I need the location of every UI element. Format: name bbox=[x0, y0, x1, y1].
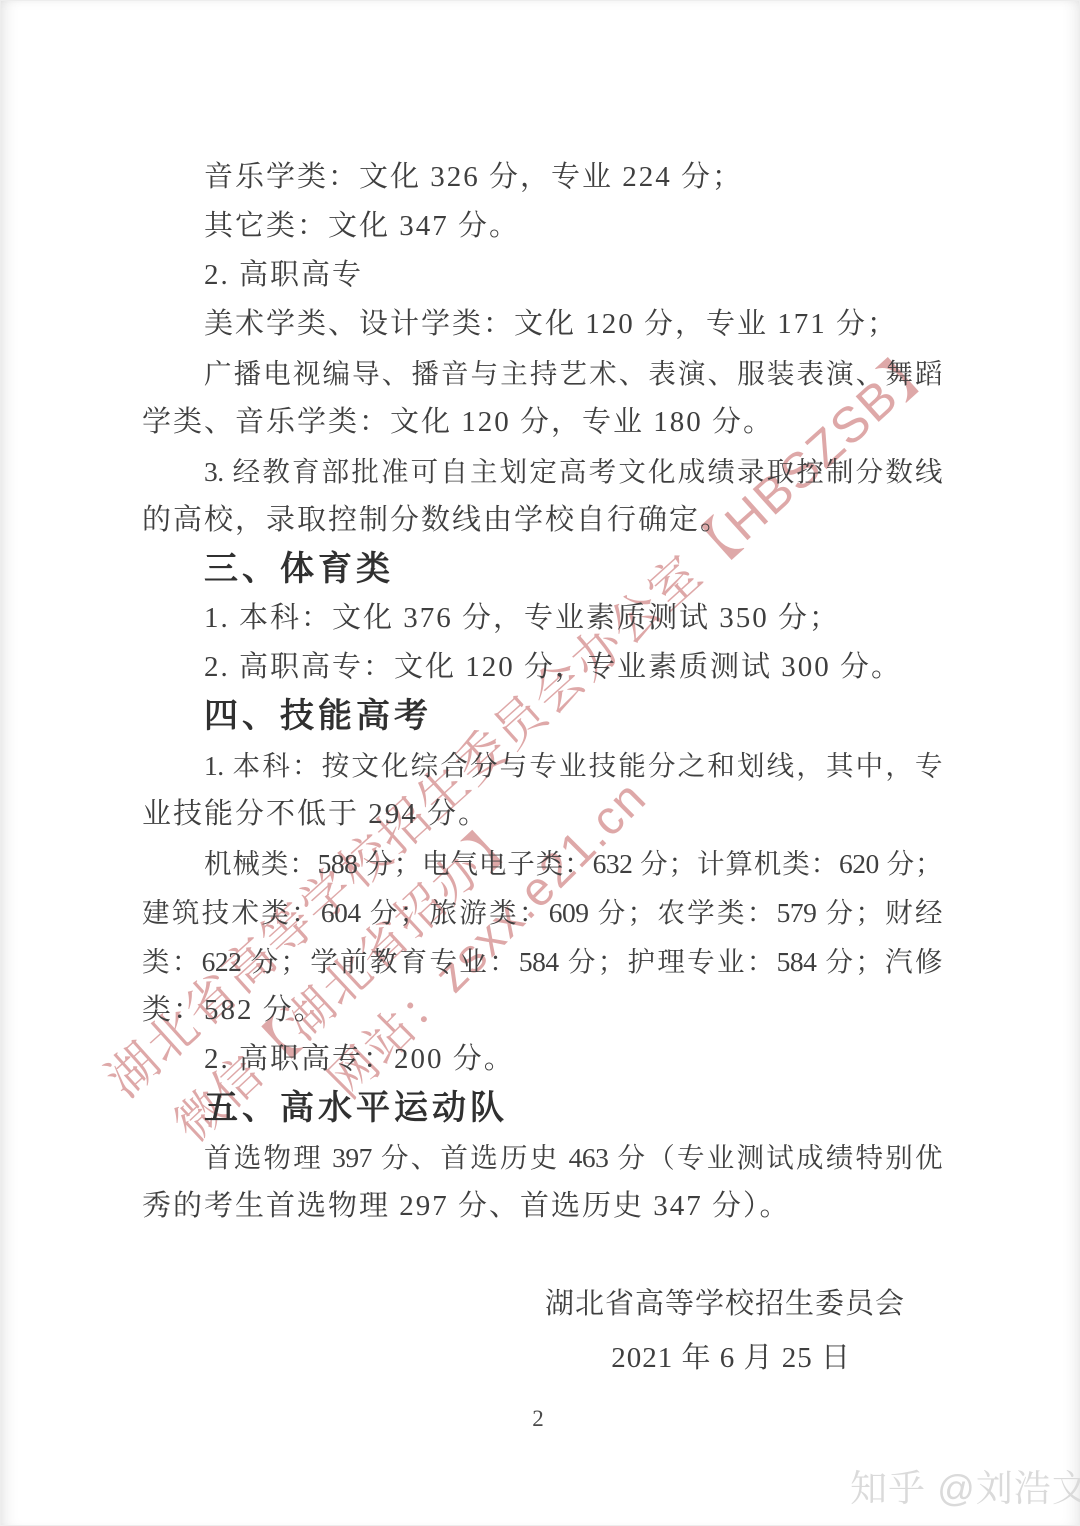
doc-line: 类：622 分；学前教育专业：584 分；护理专业：584 分；汽修 bbox=[142, 937, 942, 986]
document-body: 音乐学类：文化 326 分，专业 224 分； 其它类：文化 347 分。 2.… bbox=[142, 153, 942, 1231]
doc-line: 秀的考生首选物理 297 分、首选历史 347 分）。 bbox=[142, 1182, 942, 1231]
signature-date: 2021 年 6 月 25 日 bbox=[0, 1336, 851, 1380]
doc-line: 广播电视编导、播音与主持艺术、表演、服装表演、舞蹈 bbox=[142, 349, 942, 398]
signature-organization: 湖北省高等学校招生委员会 bbox=[0, 1282, 905, 1326]
section-heading-skills-exam: 四、技能高考 bbox=[142, 692, 942, 741]
doc-line: 的高校，录取控制分数线由学校自行确定。 bbox=[142, 496, 942, 545]
doc-line: 3. 经教育部批准可自主划定高考文化成绩录取控制分数线 bbox=[142, 447, 942, 496]
doc-line: 美术学类、设计学类：文化 120 分，专业 171 分； bbox=[142, 300, 942, 349]
doc-line: 2. 高职高专：200 分。 bbox=[142, 1035, 942, 1084]
doc-line: 学类、音乐学类：文化 120 分，专业 180 分。 bbox=[142, 398, 942, 447]
doc-line: 音乐学类：文化 326 分，专业 224 分； bbox=[142, 153, 942, 202]
page-number: 2 bbox=[520, 1404, 556, 1434]
doc-line: 2. 高职高专 bbox=[142, 251, 942, 300]
doc-line: 首选物理 397 分、首选历史 463 分（专业测试成绩特别优 bbox=[142, 1133, 942, 1182]
section-heading-sports: 三、体育类 bbox=[142, 545, 942, 594]
section-heading-sports-team: 五、高水平运动队 bbox=[142, 1084, 942, 1133]
document-page: 湖北省高等学校招生委员会办公室【HBSZSB】 微信【湖北省招办】 网站：zsx… bbox=[0, 0, 1080, 1526]
doc-line: 2. 高职高专：文化 120 分，专业素质测试 300 分。 bbox=[142, 643, 942, 692]
doc-line: 建筑技术类：604 分；旅游类：609 分；农学类：579 分；财经 bbox=[142, 888, 942, 937]
doc-line: 机械类：588 分；电气电子类：632 分；计算机类：620 分； bbox=[142, 839, 942, 888]
doc-line: 类：582 分。 bbox=[142, 986, 942, 1035]
doc-line: 1. 本科：文化 376 分，专业素质测试 350 分； bbox=[142, 594, 942, 643]
doc-line: 1. 本科：按文化综合分与专业技能分之和划线，其中，专 bbox=[142, 741, 942, 790]
doc-line: 其它类：文化 347 分。 bbox=[142, 202, 942, 251]
doc-line: 业技能分不低于 294 分。 bbox=[142, 790, 942, 839]
zhihu-user-watermark: 知乎 @刘浩文 bbox=[850, 1458, 1080, 1512]
